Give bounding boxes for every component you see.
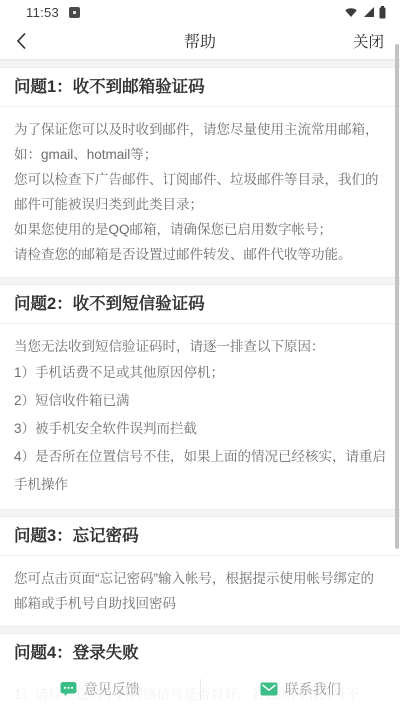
- help-section: 问题1：收不到邮箱验证码 为了保证您可以及时收到邮件，请您尽量使用主流常用邮箱，…: [0, 60, 400, 277]
- section-divider: [0, 277, 400, 285]
- contact-button[interactable]: 联系我们: [201, 679, 400, 699]
- page-title: 帮助: [0, 29, 400, 52]
- paragraph: 您可点击页面“忘记密码”输入帐号，根据提示使用帐号绑定的邮箱或手机号自助找回密码: [14, 566, 386, 616]
- section-body: 为了保证您可以及时收到邮件，请您尽量使用主流常用邮箱，如：gmail、hotma…: [0, 107, 400, 277]
- section-title: 问题3：忘记密码: [0, 517, 400, 555]
- paragraph: 请检查您的邮箱是否设置过邮件转发、邮件代收等功能。: [14, 242, 386, 267]
- paragraph: 如果您使用的是QQ邮箱，请确保您已启用数字帐号；: [14, 217, 386, 242]
- paragraph: 为了保证您可以及时收到邮件，请您尽量使用主流常用邮箱，如：gmail、hotma…: [14, 117, 386, 167]
- notification-icon: [69, 7, 80, 18]
- list-item: 2）短信收件箱已满: [14, 387, 386, 415]
- paragraph: 您可以检查下广告邮件、订阅邮件、垃圾邮件等目录，我们的邮件可能被误归类到此类目录…: [14, 167, 386, 217]
- section-title: 问题1：收不到邮箱验证码: [0, 68, 400, 106]
- status-bar: 11:53: [0, 0, 400, 22]
- bottom-bar: 意见反馈 联系我们: [0, 668, 400, 710]
- section-body: 您可点击页面“忘记密码”输入帐号，根据提示使用帐号绑定的邮箱或手机号自助找回密码: [0, 556, 400, 626]
- close-button[interactable]: 关闭: [353, 30, 384, 52]
- back-button[interactable]: [16, 28, 42, 54]
- wifi-icon: [344, 6, 358, 18]
- help-screen: 11:53 帮助 关闭 问题1：收不到邮箱验证码 为了保证您可以及时收到邮件，请…: [0, 0, 400, 710]
- status-icons: [344, 6, 386, 19]
- section-divider: [0, 509, 400, 517]
- help-section: 问题3：忘记密码 您可点击页面“忘记密码”输入帐号，根据提示使用帐号绑定的邮箱或…: [0, 509, 400, 626]
- feedback-button[interactable]: 意见反馈: [0, 679, 200, 699]
- section-divider: [0, 626, 400, 634]
- list-item: 1）手机话费不足或其他原因停机；: [14, 359, 386, 387]
- section-body: 当您无法收到短信验证码时，请逐一排查以下原因： 1）手机话费不足或其他原因停机；…: [0, 324, 400, 509]
- status-time: 11:53: [26, 5, 59, 20]
- envelope-icon: [260, 682, 278, 696]
- signal-icon: [362, 6, 375, 18]
- section-divider: [0, 60, 400, 68]
- help-section: 问题2：收不到短信验证码 当您无法收到短信验证码时，请逐一排查以下原因： 1）手…: [0, 277, 400, 509]
- battery-icon: [379, 6, 386, 19]
- contact-label: 联系我们: [285, 679, 341, 699]
- feedback-label: 意见反馈: [84, 679, 140, 699]
- chevron-left-icon: [16, 32, 27, 50]
- section-title: 问题2：收不到短信验证码: [0, 285, 400, 323]
- list-item: 3）被手机安全软件误判而拦截: [14, 415, 386, 443]
- scrollbar-thumb[interactable]: [395, 44, 399, 549]
- list-item: 4）是否所在位置信号不佳，如果上面的情况已经核实，请重启手机操作: [14, 443, 386, 499]
- paragraph: 当您无法收到短信验证码时，请逐一排查以下原因：: [14, 334, 386, 359]
- chat-bubble-icon: [60, 681, 77, 697]
- app-bar: 帮助 关闭: [0, 22, 400, 60]
- section-title: 问题4：登录失败: [0, 634, 400, 672]
